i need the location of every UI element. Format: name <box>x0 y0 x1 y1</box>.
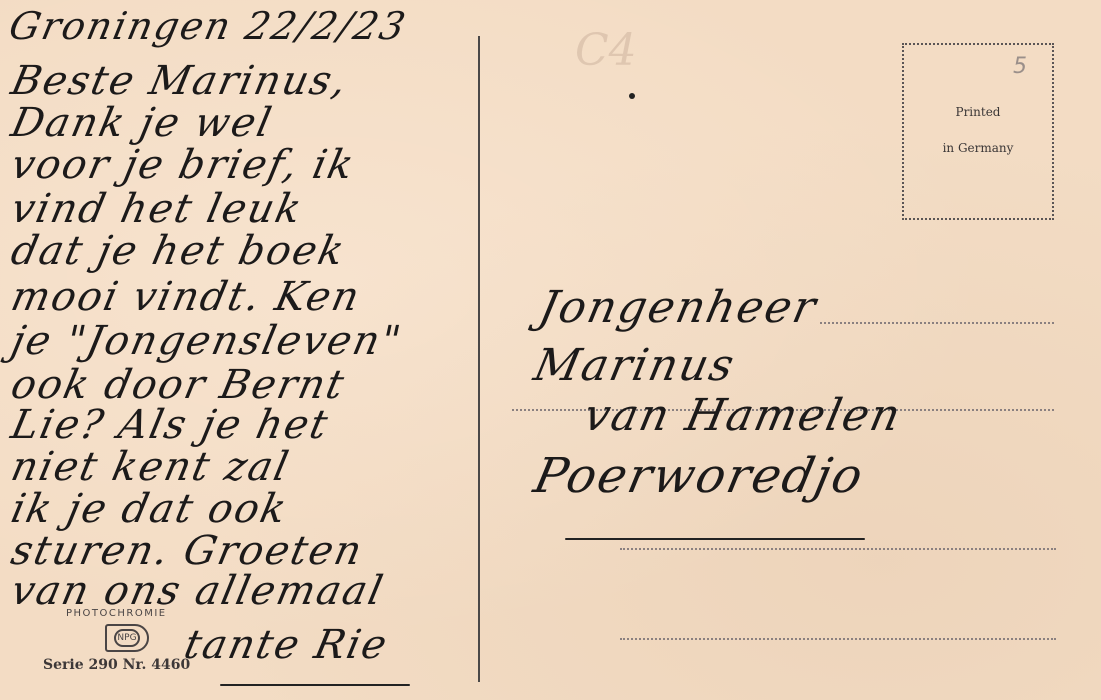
signature: tante Rie <box>180 622 393 668</box>
message-date-line: Groningen 22/2/23 <box>5 4 411 48</box>
message-line: mooi vindt. Ken <box>7 274 365 320</box>
message-line: voor je brief, ik <box>7 142 359 188</box>
faint-pencil-mark: C4 <box>575 25 637 76</box>
address-rule-3 <box>620 548 1056 550</box>
address-underline <box>565 538 865 540</box>
publisher-logo-icon: NPG <box>105 624 149 652</box>
address-line-city: Poerworedjo <box>529 448 869 504</box>
publisher-logo-text: NPG <box>114 629 140 647</box>
postcard-back: Groningen 22/2/23 Beste Marinus, Dank je… <box>0 0 1101 700</box>
address-rule-1 <box>820 322 1054 324</box>
center-divider <box>478 36 480 682</box>
message-line: Lie? Als je het <box>7 402 333 448</box>
message-line: niet kent zal <box>7 444 294 490</box>
message-line: je "Jongensleven" <box>7 318 406 364</box>
message-line: Beste Marinus, <box>7 58 352 104</box>
publisher-label: PHOTOCHROMIE <box>66 608 167 619</box>
stamp-box-line2: in Germany <box>904 141 1052 155</box>
ink-dot <box>629 93 635 99</box>
signature-underline <box>220 684 410 686</box>
message-line: Dank je wel <box>7 100 277 146</box>
message-line: van ons allemaal <box>7 568 388 614</box>
stamp-box-line1: Printed <box>904 105 1052 119</box>
message-line: ik je dat ook <box>7 486 292 532</box>
address-rule-4 <box>620 638 1056 640</box>
stamp-box: Printed in Germany <box>902 43 1054 220</box>
series-number: Serie 290 Nr. 4460 <box>43 657 190 673</box>
pencil-number: 5 <box>1013 54 1027 79</box>
address-line-salutation: Jongenheer <box>535 282 822 333</box>
message-line: vind het leuk <box>7 186 307 232</box>
address-line-last-name: van Hamelen <box>580 390 907 441</box>
address-line-first-name: Marinus <box>530 340 740 391</box>
message-line: dat je het boek <box>7 228 350 274</box>
